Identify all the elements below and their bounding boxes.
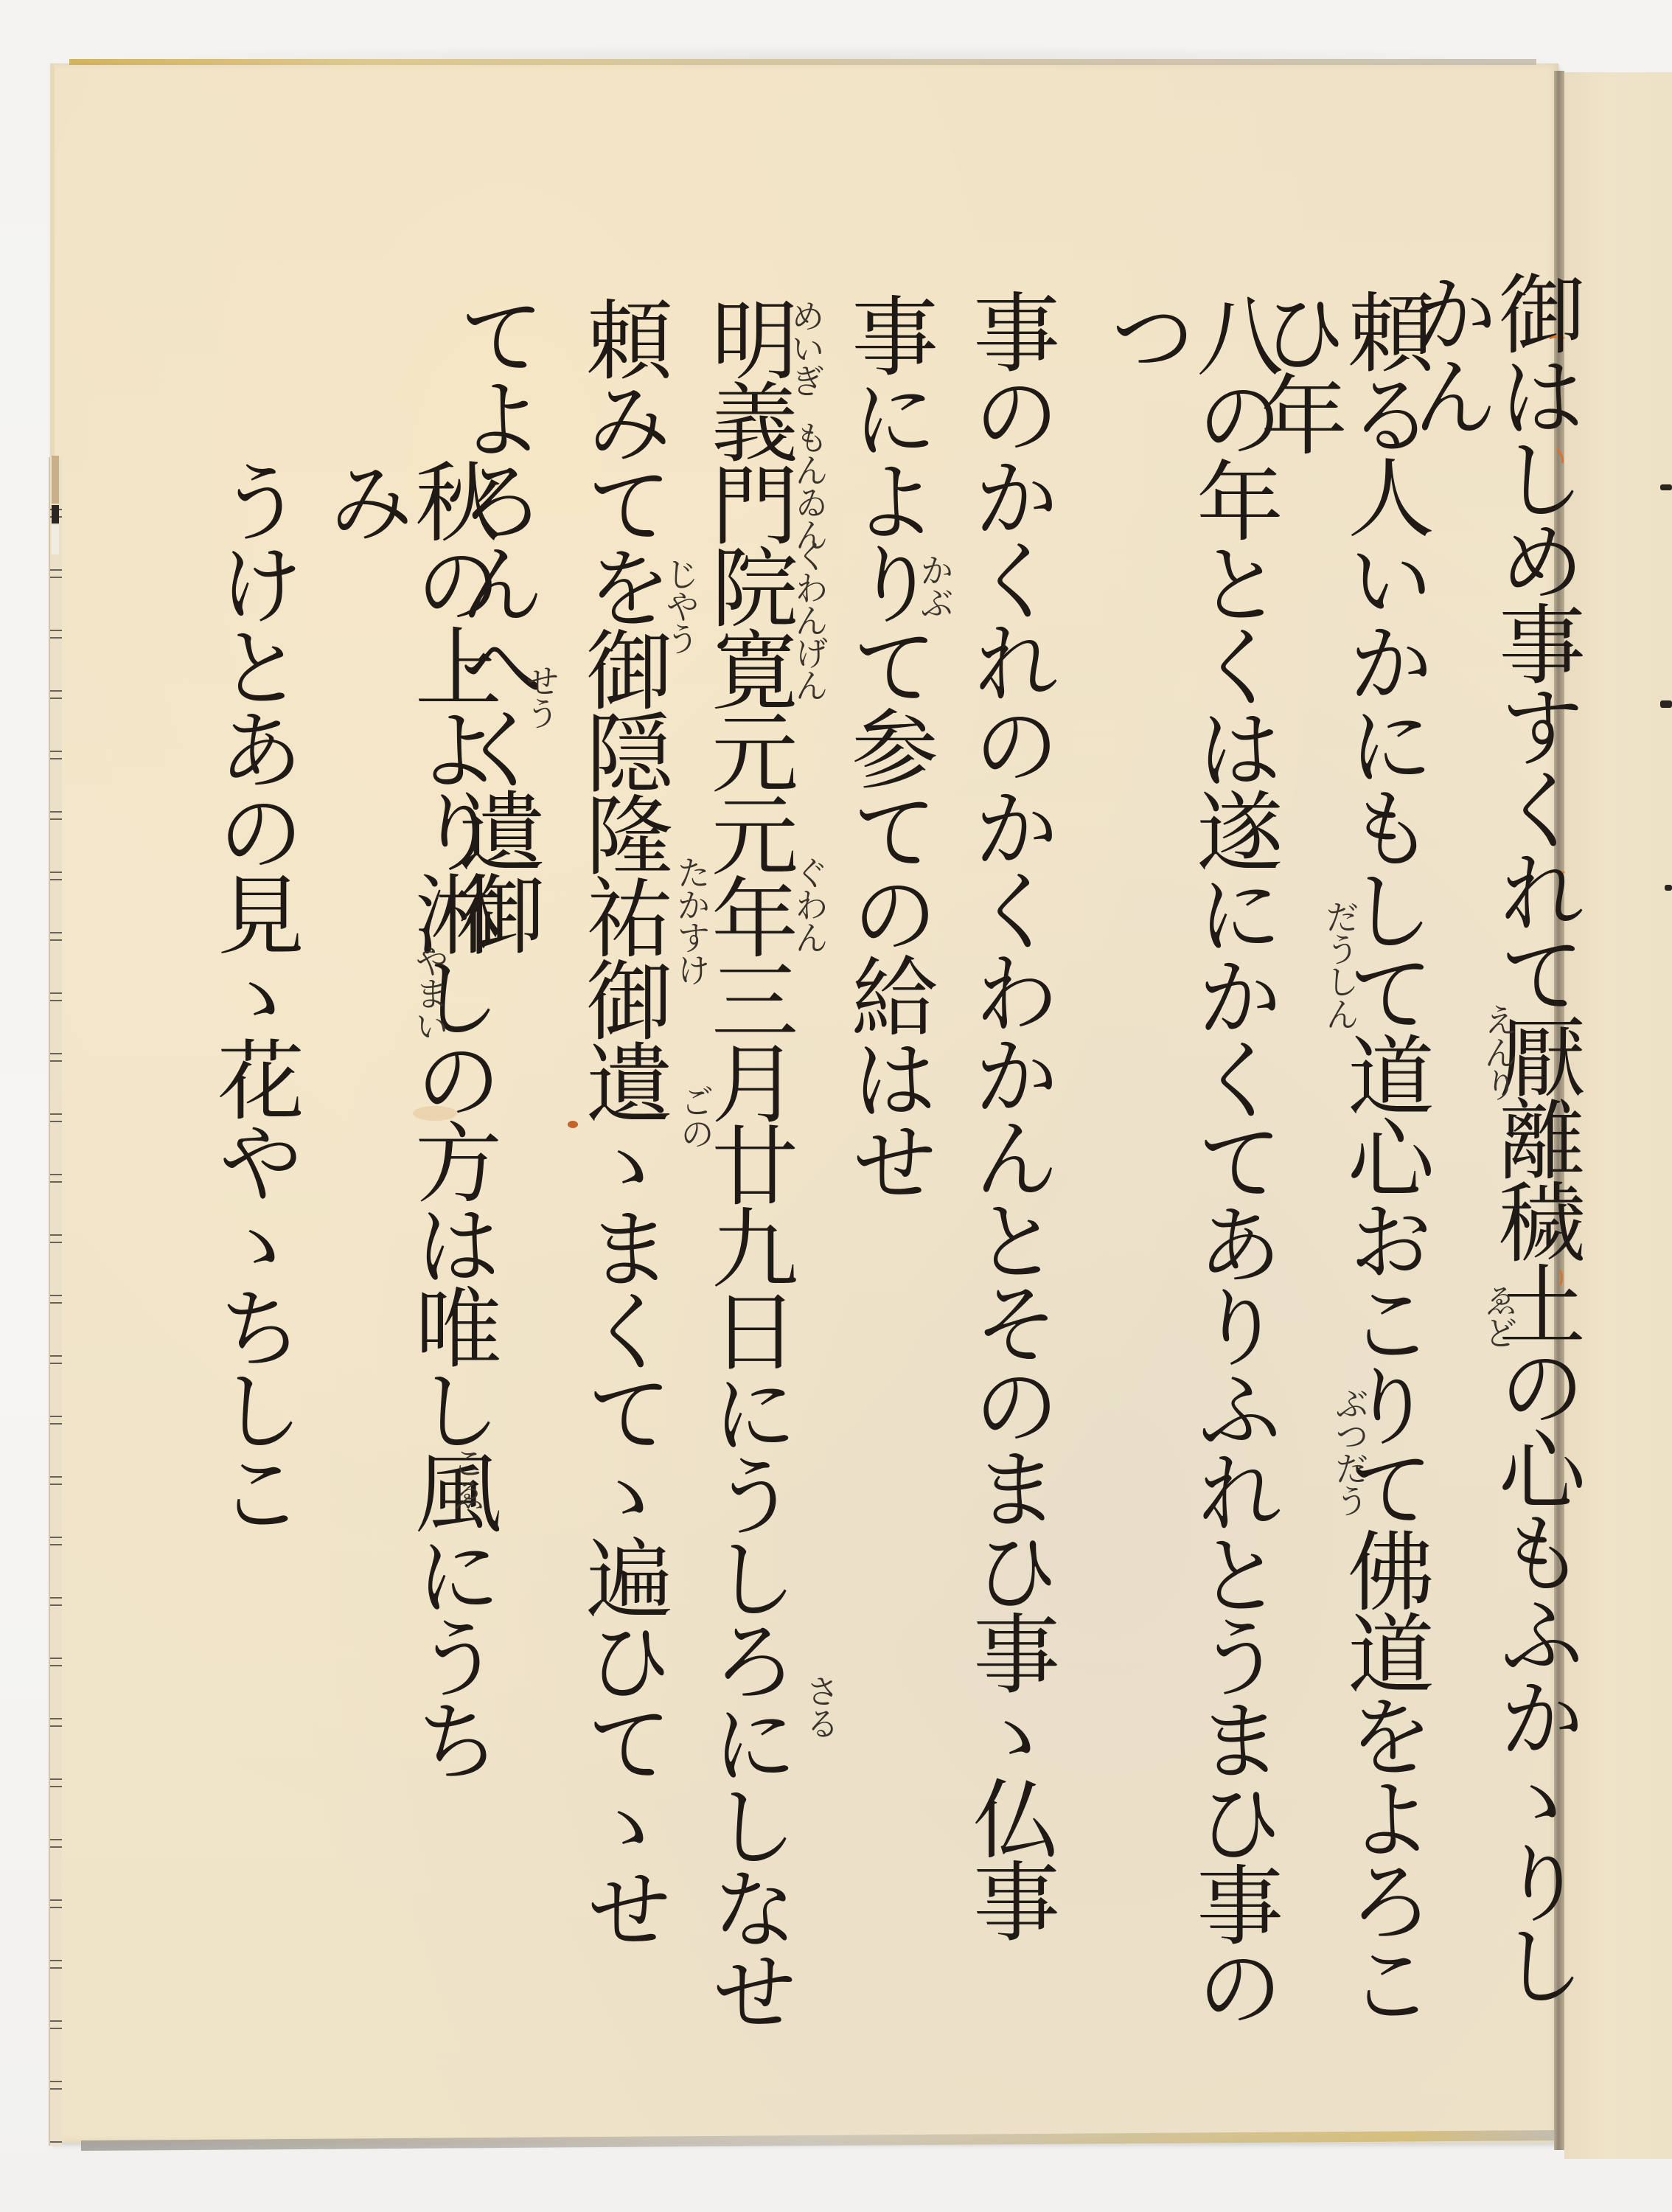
furigana: めいぎ bbox=[789, 299, 823, 396]
text-column-5: 事によりて参ての給はせ bbox=[844, 291, 931, 1324]
furigana: ぶつだう bbox=[1333, 1386, 1367, 1516]
furigana: こゑ bbox=[450, 1445, 484, 1510]
furigana: ぐわん bbox=[793, 855, 826, 953]
facing-page-ink bbox=[1660, 484, 1672, 490]
furigana: だうしん bbox=[1323, 900, 1357, 1029]
text-column-9: 秋の上より淋しの方は唯し風にうちみ bbox=[321, 457, 495, 1858]
furigana: ゑど bbox=[1482, 1283, 1516, 1348]
furigana: ごの bbox=[678, 1084, 712, 1149]
fore-edge-tab bbox=[52, 525, 59, 554]
furigana: えんり bbox=[1482, 1003, 1516, 1100]
furigana: たかすけ bbox=[675, 855, 708, 985]
text-column-7: 頼みてを御隠隆祐御遺ゝまくてゝ遍ひてゝせ bbox=[579, 295, 666, 2065]
text-column-3: 八の年とくは遂にかくてありふれとうまひ事のつ bbox=[1102, 291, 1276, 2061]
furigana: せう bbox=[523, 664, 557, 728]
furigana: かぶ bbox=[918, 553, 952, 618]
text-column-4: 事のかくれのかくわかんとそのまひ事ゝ仏事 bbox=[966, 288, 1053, 2057]
book-fore-edge bbox=[49, 457, 62, 2146]
facing-page-ink bbox=[1660, 700, 1672, 708]
fore-edge-tab bbox=[52, 505, 59, 524]
furigana: くわんげん bbox=[793, 538, 826, 700]
facing-page-ink bbox=[1665, 885, 1672, 891]
furigana: もんゐん bbox=[793, 420, 826, 550]
fore-edge-tab bbox=[52, 456, 59, 504]
furigana: やまい bbox=[413, 944, 447, 1041]
text-column-6: 明義門院寛元元年三月廿九日にうしろにしなせ bbox=[704, 295, 791, 2065]
page-top-edge bbox=[69, 59, 1536, 65]
furigana: じやう bbox=[663, 557, 697, 654]
furigana: さる bbox=[804, 1674, 837, 1739]
text-column-10: うけとあの見ゝ花やゝちしこ bbox=[210, 457, 297, 1784]
